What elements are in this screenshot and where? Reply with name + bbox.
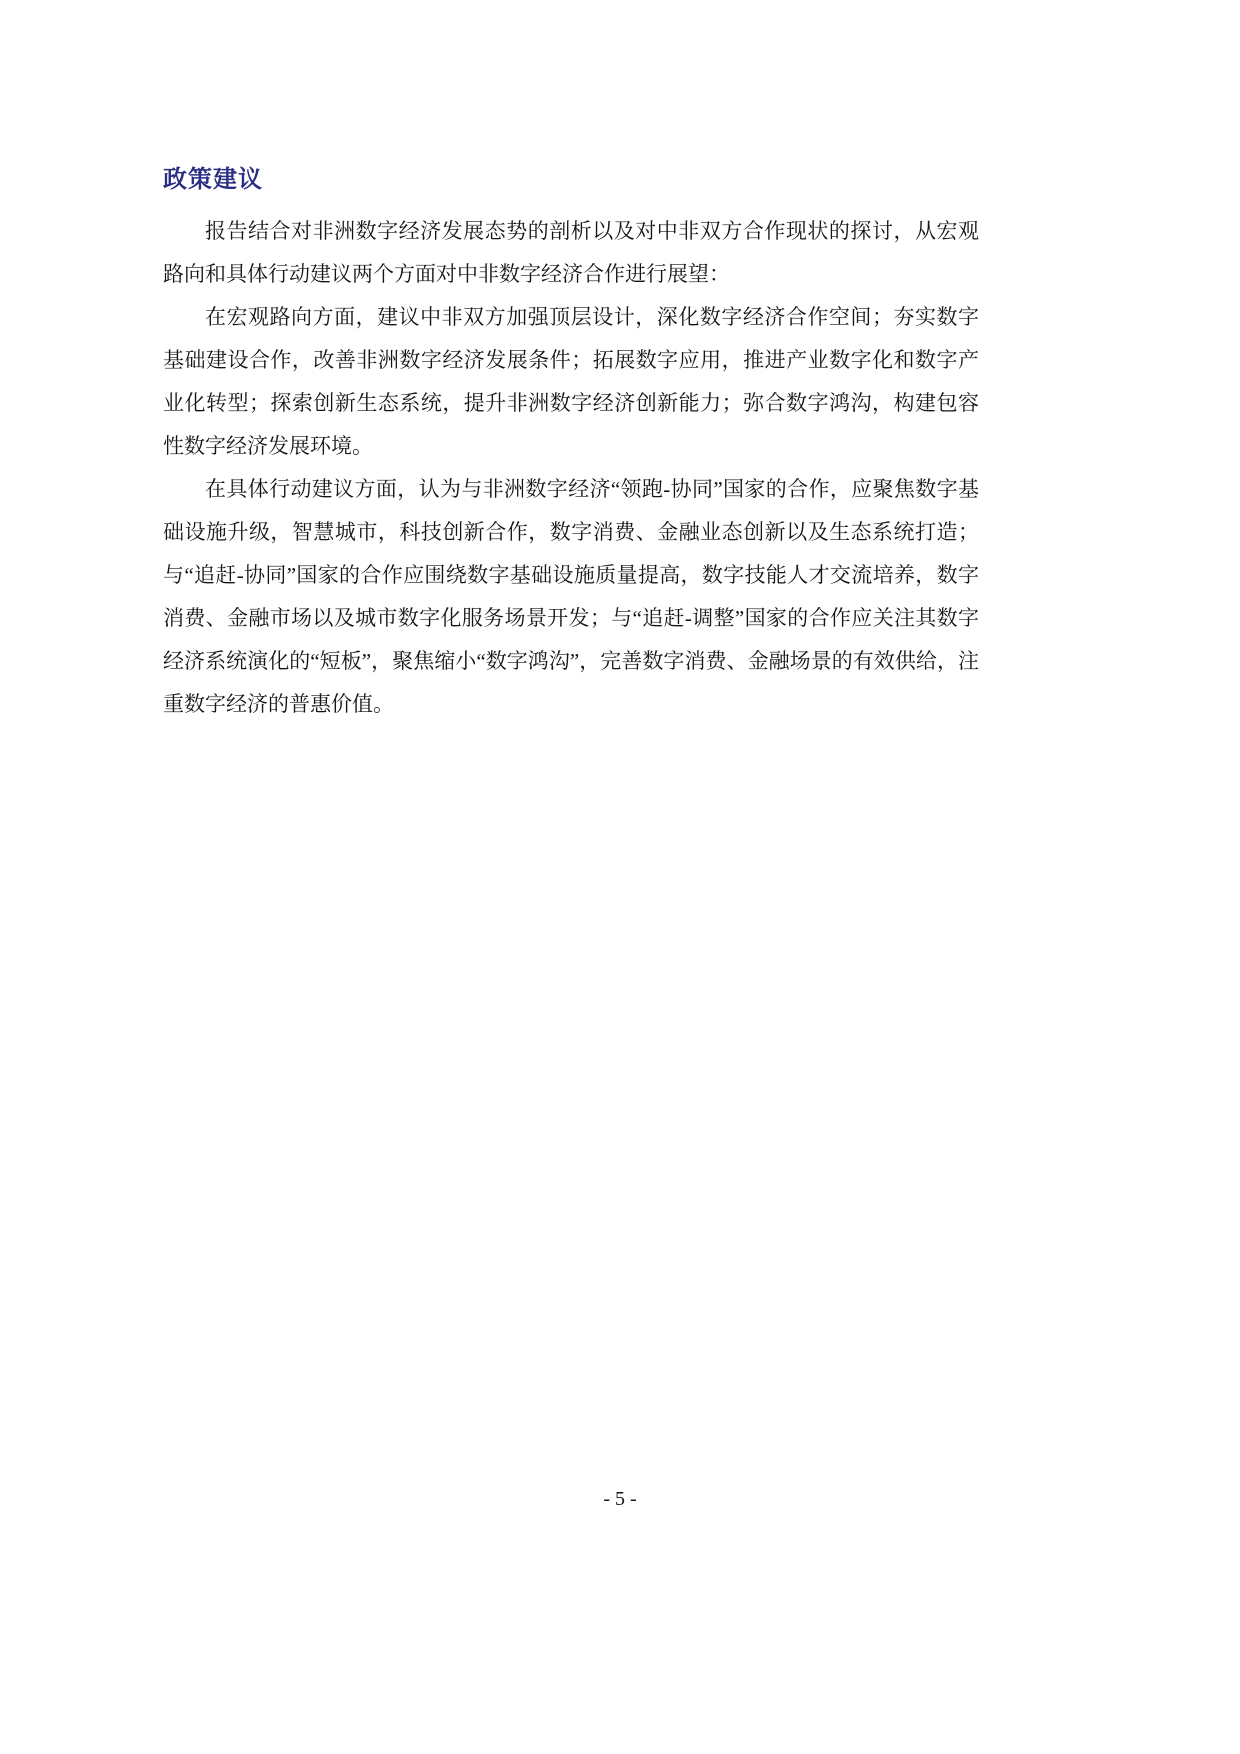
section-heading: 政策建议 [163, 159, 263, 194]
paragraph-action-suggestions: 在具体行动建议方面，认为与非洲数字经济“领跑-协同”国家的合作，应聚焦数字基础设… [163, 468, 979, 726]
paragraph-intro: 报告结合对非洲数字经济发展态势的剖析以及对中非双方合作现状的探讨，从宏观路向和具… [163, 210, 979, 296]
document-page: 政策建议 报告结合对非洲数字经济发展态势的剖析以及对中非双方合作现状的探讨，从宏… [0, 0, 1240, 1754]
page-number: - 5 - [0, 1488, 1240, 1511]
paragraph-macro-direction: 在宏观路向方面，建议中非双方加强顶层设计，深化数字经济合作空间；夯实数字基础建设… [163, 296, 979, 468]
document-body: 报告结合对非洲数字经济发展态势的剖析以及对中非双方合作现状的探讨，从宏观路向和具… [163, 210, 979, 726]
